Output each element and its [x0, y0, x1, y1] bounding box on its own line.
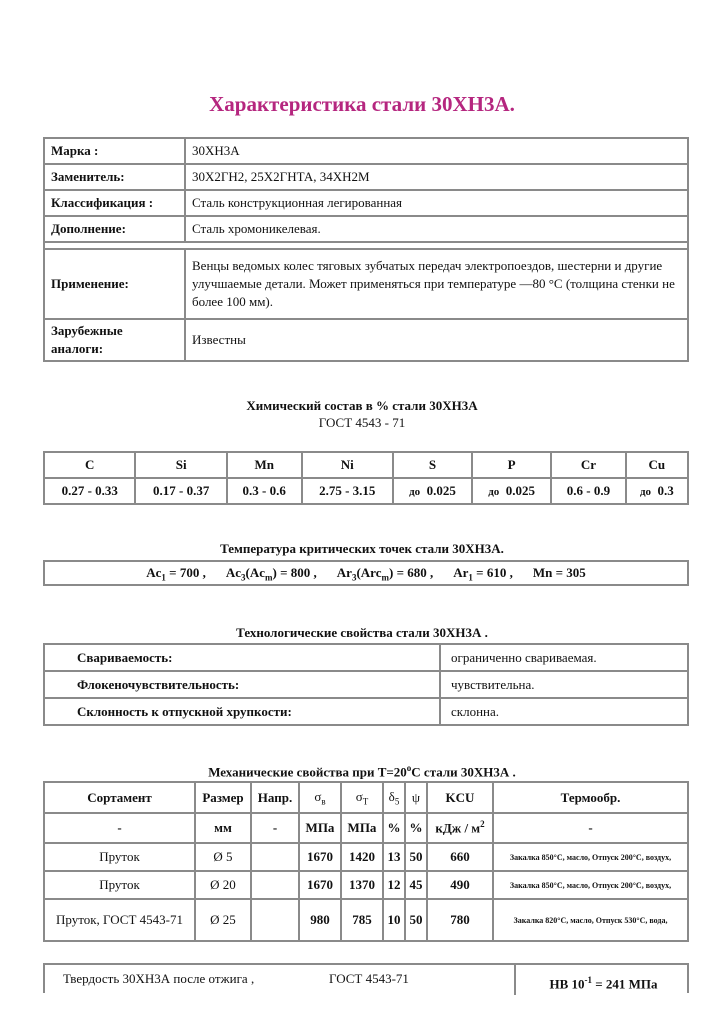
value-range: 0.3	[658, 483, 674, 498]
cell-delta: 12	[383, 871, 405, 899]
element-value: до 0.3	[626, 478, 688, 504]
table-row: ПрутокØ 20167013701245490Закалка 850°C, …	[44, 871, 688, 899]
cell-thermo: Закалка 820°C, масло, Отпуск 530°C, вода…	[493, 899, 688, 941]
row-label: Свариваемость:	[44, 644, 440, 671]
kcu-unit: кДж / м	[435, 821, 480, 836]
chemical-composition-table: CSiMnNiSPCrCu 0.27 - 0.330.17 - 0.370.3 …	[43, 451, 689, 505]
cell-kcu: 780	[427, 899, 493, 941]
chem-title: Химический состав в % стали 30ХН3А	[0, 398, 724, 414]
row-value: 30Х2ГН2, 25Х2ГНТА, 34ХН2М	[185, 164, 688, 190]
point-sub: 1	[468, 573, 473, 583]
hardness-standard: ГОСТ 4543-71	[329, 971, 409, 987]
cell-dir	[251, 871, 299, 899]
element-header: C	[44, 452, 135, 478]
value-range: 0.6 - 0.9	[567, 483, 610, 498]
row-label: Заменитель:	[44, 164, 185, 190]
element-header: Mn	[227, 452, 302, 478]
col-psi: ψ	[405, 782, 427, 813]
cell-delta: 13	[383, 843, 405, 871]
cell-sigma-t: 785	[341, 899, 383, 941]
unit-sigma-b: МПа	[299, 813, 341, 843]
row-value: чувствительна.	[440, 671, 688, 698]
value-range: 0.27 - 0.33	[62, 483, 118, 498]
point-value: 800	[291, 565, 311, 580]
value-prefix: до	[640, 486, 651, 498]
unit-sortament: -	[44, 813, 195, 843]
element-value: 0.6 - 0.9	[551, 478, 626, 504]
point-sub2: m	[381, 573, 389, 583]
row-value: Сталь хромоникелевая.	[185, 216, 688, 242]
unit-thermo: -	[493, 813, 688, 843]
cell-sortament: Пруток, ГОСТ 4543-71	[44, 899, 195, 941]
kcu-unit-sup: 2	[480, 819, 485, 829]
value-range: 0.17 - 0.37	[153, 483, 209, 498]
table-row: Применение: Венцы ведомых колес тяговых …	[44, 249, 688, 319]
mech-title-text: Механические свойства при Т=20	[208, 764, 407, 779]
element-value: до 0.025	[393, 478, 472, 504]
element-header: Cr	[551, 452, 626, 478]
row-value: склонна.	[440, 698, 688, 725]
row-value: Сталь конструкционная легированная	[185, 190, 688, 216]
table-row: Пруток, ГОСТ 4543-71Ø 259807851050780Зак…	[44, 899, 688, 941]
hardness-label: Твердость 30ХН3А после отжига ,	[63, 971, 254, 987]
value-range: 2.75 - 3.15	[319, 483, 375, 498]
cell-size: Ø 20	[195, 871, 251, 899]
col-dir: Напр.	[251, 782, 299, 813]
col-thermo: Термообр.	[493, 782, 688, 813]
point-name: Mn	[533, 565, 553, 580]
table-row: Классификация : Сталь конструкционная ле…	[44, 190, 688, 216]
cell-delta: 10	[383, 899, 405, 941]
critical-title: Температура критических точек стали 30ХН…	[0, 541, 724, 557]
table-row: Марка : 30ХН3А	[44, 138, 688, 164]
cell-psi: 45	[405, 871, 427, 899]
row-label: Склонность к отпускной хрупкости:	[44, 698, 440, 725]
col-delta: δ5	[383, 782, 405, 813]
hb-value: = 241 МПа	[592, 976, 658, 991]
value-range: 0.025	[506, 483, 535, 498]
critical-point: Ac3(Acm) = 800 ,	[226, 565, 317, 580]
element-value: 0.3 - 0.6	[227, 478, 302, 504]
cell-size: Ø 5	[195, 843, 251, 871]
element-header: S	[393, 452, 472, 478]
sigma-sub: в	[321, 796, 325, 806]
row-label: Применение:	[44, 249, 185, 319]
mech-title-text-end: С стали 30ХН3А .	[411, 764, 516, 779]
tech-title: Технологические свойства стали 30ХН3А .	[0, 625, 724, 641]
row-label: Классификация :	[44, 190, 185, 216]
point-name: Ac	[226, 565, 241, 580]
unit-kcu: кДж / м2	[427, 813, 493, 843]
table-row: ПрутокØ 5167014201350660Закалка 850°C, м…	[44, 843, 688, 871]
critical-points-box: Ac1 = 700 ,Ac3(Acm) = 800 ,Ar3(Arcm) = 6…	[43, 560, 689, 586]
col-sigma-t: σT	[341, 782, 383, 813]
table-row: Дополнение: Сталь хромоникелевая.	[44, 216, 688, 242]
cell-psi: 50	[405, 843, 427, 871]
cell-dir	[251, 843, 299, 871]
point-mid: (Ac	[246, 565, 266, 580]
cell-size: Ø 25	[195, 899, 251, 941]
table-header-row: Сортамент Размер Напр. σв σT δ5 ψ KCU Те…	[44, 782, 688, 813]
element-value: до 0.025	[472, 478, 551, 504]
row-value: Венцы ведомых колес тяговых зубчатых пер…	[185, 249, 688, 319]
row-label: Флокеночувствительность:	[44, 671, 440, 698]
value-range: 0.025	[427, 483, 456, 498]
cell-psi: 50	[405, 899, 427, 941]
point-value: 700	[180, 565, 200, 580]
cell-sigma-t: 1420	[341, 843, 383, 871]
critical-point: Ar1 = 610 ,	[453, 565, 513, 580]
cell-sortament: Пруток	[44, 843, 195, 871]
sigma-symbol: σ	[356, 789, 363, 804]
table-header-row: CSiMnNiSPCrCu	[44, 452, 688, 478]
row-label: Дополнение:	[44, 216, 185, 242]
value-prefix: до	[409, 486, 420, 498]
element-value: 0.27 - 0.33	[44, 478, 135, 504]
table-row: Свариваемость: ограниченно свариваемая.	[44, 644, 688, 671]
cell-kcu: 490	[427, 871, 493, 899]
sigma-sub: T	[363, 796, 369, 806]
cell-thermo: Закалка 850°C, масло, Отпуск 200°C, возд…	[493, 843, 688, 871]
element-header: P	[472, 452, 551, 478]
page-title: Характеристика стали 30ХН3А.	[0, 92, 724, 117]
element-value: 0.17 - 0.37	[135, 478, 226, 504]
table-row: Зарубежные аналоги: Известны	[44, 319, 688, 361]
table-row: Флокеночувствительность: чувствительна.	[44, 671, 688, 698]
hardness-box: Твердость 30ХН3А после отжига , ГОСТ 454…	[43, 963, 689, 993]
hb-sup: -1	[585, 975, 593, 985]
col-size: Размер	[195, 782, 251, 813]
row-value: Известны	[185, 319, 688, 361]
critical-point: Ar3(Arcm) = 680 ,	[337, 565, 433, 580]
table-row: 0.27 - 0.330.17 - 0.370.3 - 0.62.75 - 3.…	[44, 478, 688, 504]
cell-sortament: Пруток	[44, 871, 195, 899]
chem-standard: ГОСТ 4543 - 71	[0, 415, 724, 431]
point-mid: (Arc	[356, 565, 381, 580]
cell-kcu: 660	[427, 843, 493, 871]
cell-thermo: Закалка 850°C, масло, Отпуск 200°C, возд…	[493, 871, 688, 899]
point-value: 305	[566, 565, 586, 580]
critical-point: Ac1 = 700 ,	[146, 565, 206, 580]
point-tail: )	[389, 565, 393, 580]
spacer-row	[44, 242, 688, 249]
unit-delta: %	[383, 813, 405, 843]
hb-text: HB 10	[549, 976, 584, 991]
col-kcu: KCU	[427, 782, 493, 813]
unit-psi: %	[405, 813, 427, 843]
table-row: Склонность к отпускной хрупкости: склонн…	[44, 698, 688, 725]
mechanical-properties-table: Сортамент Размер Напр. σв σT δ5 ψ KCU Те…	[43, 781, 689, 942]
element-header: Si	[135, 452, 226, 478]
point-sub2: m	[265, 573, 273, 583]
point-value: 610	[487, 565, 507, 580]
table-row: Заменитель: 30Х2ГН2, 25Х2ГНТА, 34ХН2М	[44, 164, 688, 190]
row-value: 30ХН3А	[185, 138, 688, 164]
unit-size: мм	[195, 813, 251, 843]
unit-sigma-t: МПа	[341, 813, 383, 843]
row-label: Зарубежные аналоги:	[44, 319, 185, 361]
characteristics-table: Марка : 30ХН3А Заменитель: 30Х2ГН2, 25Х2…	[43, 137, 689, 362]
col-sigma-b: σв	[299, 782, 341, 813]
element-header: Cu	[626, 452, 688, 478]
col-sortament: Сортамент	[44, 782, 195, 813]
point-value: 680	[407, 565, 427, 580]
value-prefix: до	[488, 486, 499, 498]
cell-sigma-b: 980	[299, 899, 341, 941]
point-name: Ac	[146, 565, 161, 580]
value-range: 0.3 - 0.6	[243, 483, 286, 498]
element-header: Ni	[302, 452, 393, 478]
element-value: 2.75 - 3.15	[302, 478, 393, 504]
row-label: Марка :	[44, 138, 185, 164]
mech-title: Механические свойства при Т=20oС стали 3…	[0, 763, 724, 780]
units-row: - мм - МПа МПа % % кДж / м2 -	[44, 813, 688, 843]
row-value: ограниченно свариваемая.	[440, 644, 688, 671]
unit-dir: -	[251, 813, 299, 843]
cell-sigma-b: 1670	[299, 843, 341, 871]
point-name: Ar	[337, 565, 352, 580]
cell-sigma-b: 1670	[299, 871, 341, 899]
spacer-cell	[44, 242, 688, 249]
delta-sub: 5	[395, 796, 400, 806]
hardness-value: HB 10-1 = 241 МПа	[514, 965, 691, 995]
point-name: Ar	[453, 565, 468, 580]
point-tail: )	[273, 565, 277, 580]
cell-dir	[251, 899, 299, 941]
point-sub: 1	[161, 573, 166, 583]
tech-properties-table: Свариваемость: ограниченно свариваемая. …	[43, 643, 689, 726]
cell-sigma-t: 1370	[341, 871, 383, 899]
critical-point: Mn = 305	[533, 565, 586, 580]
